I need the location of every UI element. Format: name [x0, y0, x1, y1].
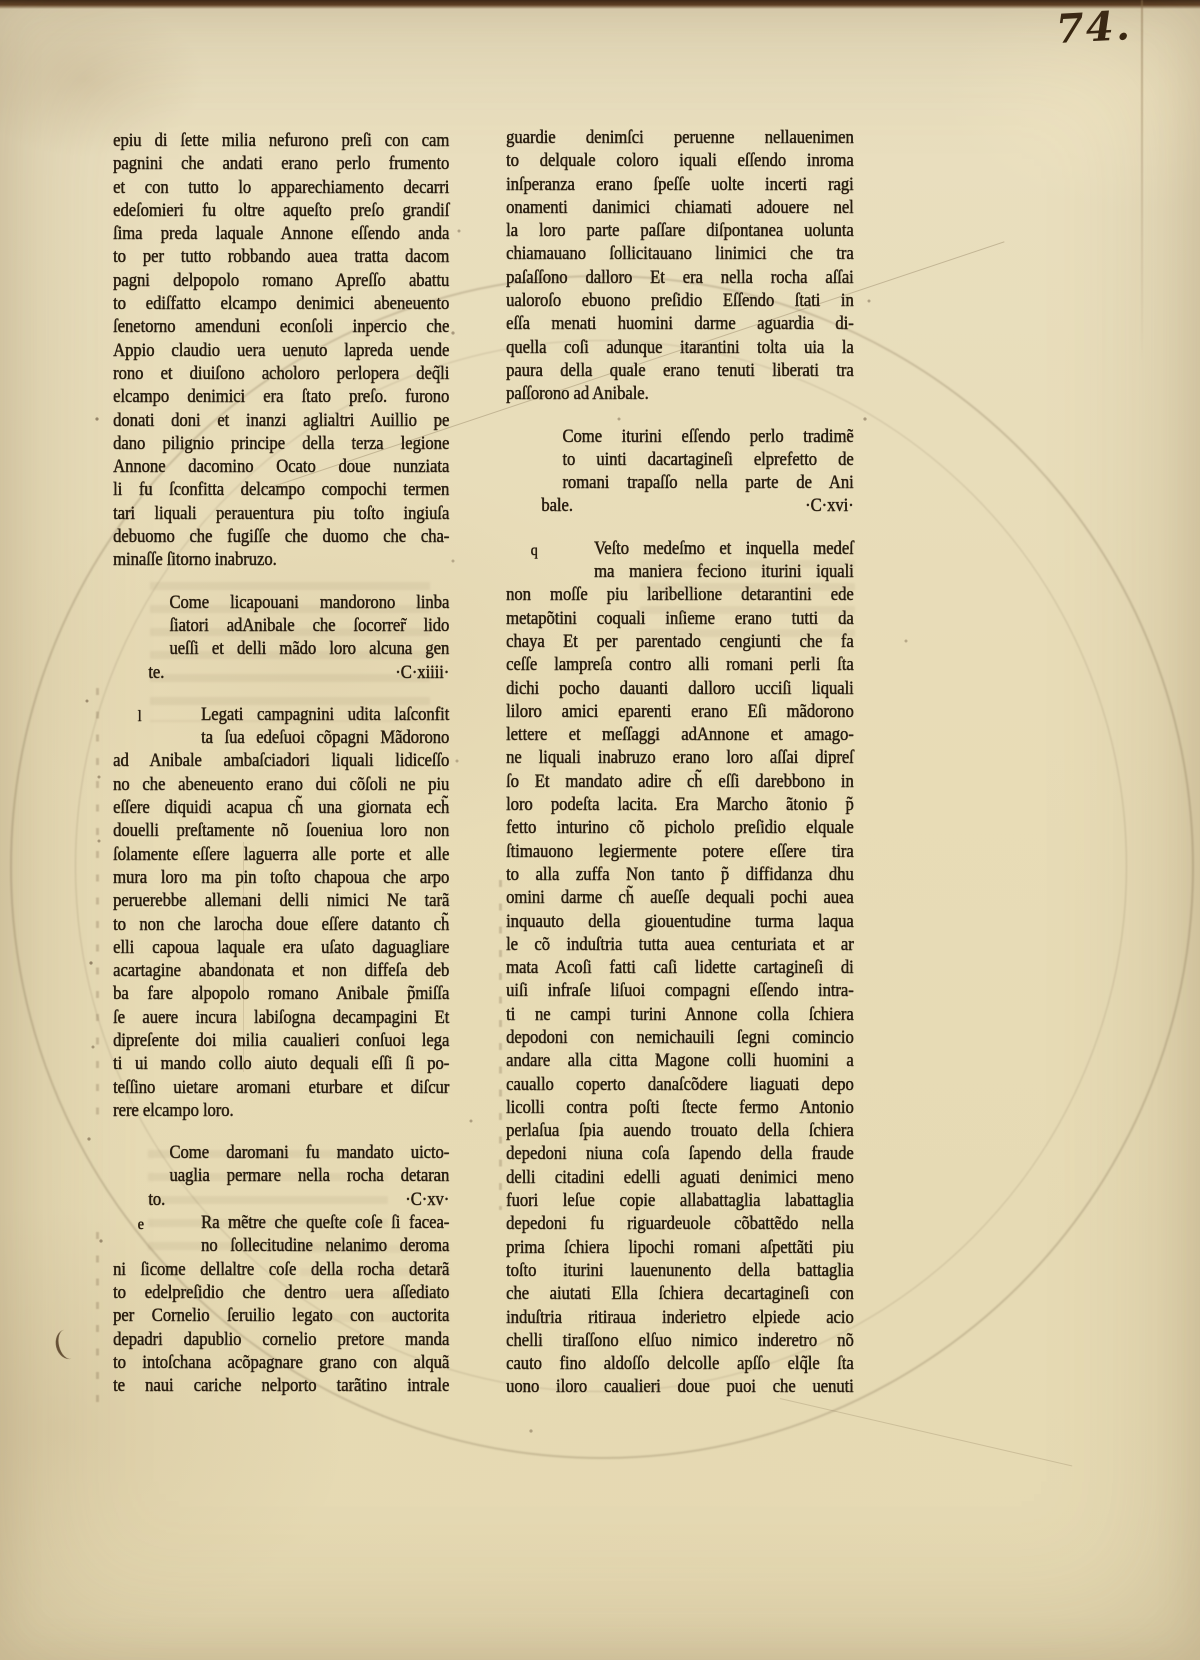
text-line: Come daromani fu mandato uicto-: [113, 1141, 449, 1164]
text-line: depodoni con nemichauili ſegni comincio: [506, 1026, 854, 1049]
text-line: to alla zuffa Non tanto p̃ diffidanza dh…: [506, 863, 854, 886]
chapter-heading: Come licapouani mandorono linbaſiatori a…: [113, 591, 449, 684]
paragraph: epiu di ſette milia nefurono preſi con c…: [113, 129, 449, 572]
text-column-left: epiu di ſette milia nefurono preſi con c…: [113, 129, 449, 1397]
text-line: li fu ſconfitta delcampo compochi termen: [113, 478, 449, 501]
text-line: toſto iturini lauenunento della battagli…: [506, 1259, 854, 1282]
text-line: no che abeneuento erano dui cõſoli ne pi…: [113, 773, 449, 796]
text-line: ſtimauono legiermente potere eſſere tira: [506, 840, 854, 863]
guide-letter: l: [138, 705, 142, 728]
text-line: ſe auere incura labiſogna decampagini Et: [113, 1006, 449, 1029]
text-line: te naui cariche nelporto tarãtino intral…: [113, 1374, 449, 1397]
text-line: Legati campagnini udita laſconfit: [113, 703, 449, 726]
text-line: uiſi infraſe liſuoi compagni eſſendo int…: [506, 979, 854, 1002]
chapter-number: ·C·xv·: [405, 1188, 449, 1211]
text-line: no ſollecitudine nelanimo deroma: [113, 1234, 449, 1257]
text-line: ſenetorno amenduni econſoli inpercio che: [113, 315, 449, 338]
text-line: rere elcampo loro.: [113, 1099, 449, 1122]
text-line: pagnini che andati erano perlo frumento: [113, 152, 449, 175]
page-edge-line: [1141, 0, 1143, 360]
text-line: fuori leſue copie allabattaglia labattag…: [506, 1189, 854, 1212]
paragraph: guardie denimſci peruenne nellauenimento…: [506, 126, 854, 406]
text-line: ueſſi et delli mãdo loro alcuna gen: [113, 637, 449, 660]
paragraph: eRa mẽtre che queſte coſe ſi facea-no ſo…: [113, 1211, 449, 1397]
text-line: perlaſua ſpia auendo trouato della ſchie…: [506, 1119, 854, 1142]
text-line: licolli contra poſti ſtecte fermo Antoni…: [506, 1096, 854, 1119]
chapter-number-line: te.·C·xiiii·: [113, 661, 449, 684]
text-line: fetto inturino cõ picholo preſidio elqua…: [506, 816, 854, 839]
text-line: prima ſchiera lipochi romani aſpettãti p…: [506, 1236, 854, 1259]
text-line: elcampo denimici era ſtato preſo. furono: [113, 385, 449, 408]
text-line: cauallo coperto danaſcõdere liaguati dep…: [506, 1073, 854, 1096]
text-line: le cõ induſtria tutta auea centuriata et…: [506, 933, 854, 956]
text-line: paura della quale erano tenuti liberati …: [506, 359, 854, 382]
text-line: to non che larocha doue eſſere datanto c…: [113, 913, 449, 936]
text-line: ſiatori adAnibale che ſocorrer̃ lido: [113, 614, 449, 637]
chapter-heading: Come daromani fu mandato uicto-uaglia pe…: [113, 1141, 449, 1211]
heading-tail: te.: [148, 661, 164, 684]
text-line: depadri dapublio cornelio pretore manda: [113, 1328, 449, 1351]
paragraph: lLegati campagnini udita laſconfitta ſua…: [113, 703, 449, 1122]
text-line: to per tutto robbando auea tratta dacom: [113, 245, 449, 268]
text-line: to delquale coloro iquali eſſendo inroma: [506, 149, 854, 172]
text-line: peruerebbe allemani delli nimici Ne tarã: [113, 889, 449, 912]
text-line: mura loro ma pin toſto chapoua che arpo: [113, 866, 449, 889]
paragraph: qVeſto medeſmo et inquella medeſma manie…: [506, 537, 854, 1399]
text-line: ma maniera feciono iturini iquali: [506, 560, 854, 583]
text-line: loro podeſta lacita. Era Marcho ãtonio p…: [506, 793, 854, 816]
text-line: douelli preſtamente nõ ſoueniua loro non: [113, 819, 449, 842]
margin-bleed-marks: [96, 1232, 99, 1407]
text-line: Come iturini eſſendo perlo tradimẽ: [506, 425, 854, 448]
heading-tail: bale.: [541, 494, 573, 517]
guide-letter: e: [138, 1213, 144, 1236]
text-line: Veſto medeſmo et inquella medeſ: [506, 537, 854, 560]
text-line: depedoni niuna coſa ſapendo della fraude: [506, 1142, 854, 1165]
text-line: acartagine abandonata et non diffeſa deb: [113, 959, 449, 982]
text-line: liloro amici eparenti erano Eſi mãdorono: [506, 700, 854, 723]
text-line: chiamauano ſollicitauano linimici che tr…: [506, 242, 854, 265]
text-line: paſſorono ad Anibale.: [506, 382, 854, 405]
text-line: Come licapouani mandorono linba: [113, 591, 449, 614]
text-line: la loro parte paſſare diſpontanea uolunt…: [506, 219, 854, 242]
text-line: lettere et meſſaggi adAnnone et amago-: [506, 723, 854, 746]
paper-scratch: [780, 1398, 1073, 1467]
text-line: to ediſfatto elcampo denimici abeneuento: [113, 292, 449, 315]
chapter-number: ·C·xiiii·: [395, 661, 449, 684]
text-line: tari liquali perauentura piu toſto ingiu…: [113, 502, 449, 525]
text-line: teſſino uietare aromani eturbare et diſc…: [113, 1076, 449, 1099]
text-line: guardie denimſci peruenne nellauenimen: [506, 126, 854, 149]
text-line: rono et diuiſono acholoro perlopera deq̃…: [113, 362, 449, 385]
text-line: per Cornelio ſeruilio legato con auctori…: [113, 1304, 449, 1327]
text-line: ne liquali inabruzo erano loro aſſai dip…: [506, 746, 854, 769]
chapter-number: ·C·xvi·: [805, 494, 854, 517]
text-line: depedoni fu riguardeuole cõbattẽdo nella: [506, 1212, 854, 1235]
text-line: elli capoua laquale era uſato daguagliar…: [113, 936, 449, 959]
text-line: ti ui mando collo aiuto dequali eſſi ſi …: [113, 1052, 449, 1075]
text-line: epiu di ſette milia nefurono preſi con c…: [113, 129, 449, 152]
text-line: dipreſente doi milia caualieri conſuoi l…: [113, 1029, 449, 1052]
text-line: ta ſua edeſuoi cõpagni Mãdorono: [113, 726, 449, 749]
text-line: ti ne campi turini Annone colla ſchiera: [506, 1003, 854, 1026]
text-line: omini darme ch̃ aueſſe dequali pochi aue…: [506, 886, 854, 909]
text-line: inquauto della giouentudine turma laqua: [506, 910, 854, 933]
text-line: paſaſſono dalloro Et era nella rocha aſſ…: [506, 266, 854, 289]
text-line: dano pilignio principe della terza legio…: [113, 432, 449, 455]
text-line: chaya Et per parentado cengiunti che fa: [506, 630, 854, 653]
text-line: non moſſe piu laribellione detarantini e…: [506, 583, 854, 606]
text-column-right: guardie denimſci peruenne nellauenimento…: [506, 126, 854, 1399]
text-line: mata Acoſi fatti caſi lidette cartagineſ…: [506, 956, 854, 979]
text-line: cauto fino aldoſſo delcolle apſſo elq̃le…: [506, 1352, 854, 1375]
text-line: andare alla citta Magone colli huomini a: [506, 1049, 854, 1072]
text-line: che aiutati Ella ſchiera decartagineſi c…: [506, 1282, 854, 1305]
folio-number: 74.: [1055, 2, 1133, 53]
text-line: dichi pocho dauanti dalloro ucciſi liqua…: [506, 677, 854, 700]
text-line: metapõtini coquali inſieme erano tutti d…: [506, 607, 854, 630]
text-line: ni ſicome dellaltre coſe della rocha det…: [113, 1258, 449, 1281]
text-line: uaglia permare nella rocha detaran: [113, 1164, 449, 1187]
text-line: ualoroſo ebuono preſidio Eſſendo ſtati i…: [506, 289, 854, 312]
text-line: inſperanza erano ſpeſſe uolte incerti ra…: [506, 173, 854, 196]
text-line: donati doni et inanzi aglialtri Auillio …: [113, 409, 449, 432]
text-line: uono iloro caualieri doue puoi che uenut…: [506, 1375, 854, 1398]
text-line: to uinti dacartagineſi elprefetto de: [506, 448, 854, 471]
text-line: to intoſchana acõpagnare grano con alquã: [113, 1351, 449, 1374]
scan-top-edge: [0, 0, 1200, 9]
text-line: delli citadini edelli aguati denimici me…: [506, 1166, 854, 1189]
text-line: eſſere diquidi acapua ch̃ una giornata e…: [113, 796, 449, 819]
text-line: Ra mẽtre che queſte coſe ſi facea-: [113, 1211, 449, 1234]
text-line: Appio claudio uera uenuto lapreda uende: [113, 339, 449, 362]
text-line: minaſſe ſitorno inabruzo.: [113, 548, 449, 571]
text-line: Annone dacomino Ocato doue nunziata: [113, 455, 449, 478]
chapter-number-line: to.·C·xv·: [113, 1188, 449, 1211]
text-line: ba fare alpopolo romano Anibale p̃miſſa: [113, 982, 449, 1005]
chapter-number-line: bale.·C·xvi·: [506, 494, 854, 517]
text-line: ceſſe lampreſa contro alli romani perli …: [506, 653, 854, 676]
margin-bleed-marks: [96, 688, 99, 1118]
text-line: ſolamente eſſere laguerra alle porte et …: [113, 843, 449, 866]
text-line: induſtria ritiraua inderietro elpiede ac…: [506, 1306, 854, 1329]
paper-specks: [0, 0, 2, 2]
text-line: romani trapaſſo nella parte de Ani: [506, 471, 854, 494]
text-line: et con tutto lo apparechiamento decarri: [113, 176, 449, 199]
heading-tail: to.: [148, 1188, 165, 1211]
text-line: ſima preda laquale Annone eſſendo anda: [113, 222, 449, 245]
text-line: quella coſi adunque itarantini tolta uia…: [506, 336, 854, 359]
text-line: chelli tiraſſono elſuo nimico inderetro …: [506, 1329, 854, 1352]
margin-pen-mark: [53, 1328, 77, 1361]
text-line: debuomo che fugiſſe che duomo che cha-: [113, 525, 449, 548]
text-line: onamenti danimici chiamati adouere nel: [506, 196, 854, 219]
text-line: pagni delpopolo romano Apreſſo abattu: [113, 269, 449, 292]
text-line: eſſa menati huomini darme aguardia di-: [506, 312, 854, 335]
text-line: ad Anibale ambaſciadori liquali lidiceſſ…: [113, 749, 449, 772]
chapter-heading: Come iturini eſſendo perlo tradimẽto uin…: [506, 425, 854, 518]
text-line: edeſomieri fu oltre aqueſto preſo grandi…: [113, 199, 449, 222]
text-line: ſo Et mandato adire ch̃ eſſi darebbono i…: [506, 770, 854, 793]
guide-letter: q: [531, 539, 538, 562]
text-line: to edelpreſidio che dentro uera aſſediat…: [113, 1281, 449, 1304]
margin-bleed-marks: [499, 880, 502, 1210]
